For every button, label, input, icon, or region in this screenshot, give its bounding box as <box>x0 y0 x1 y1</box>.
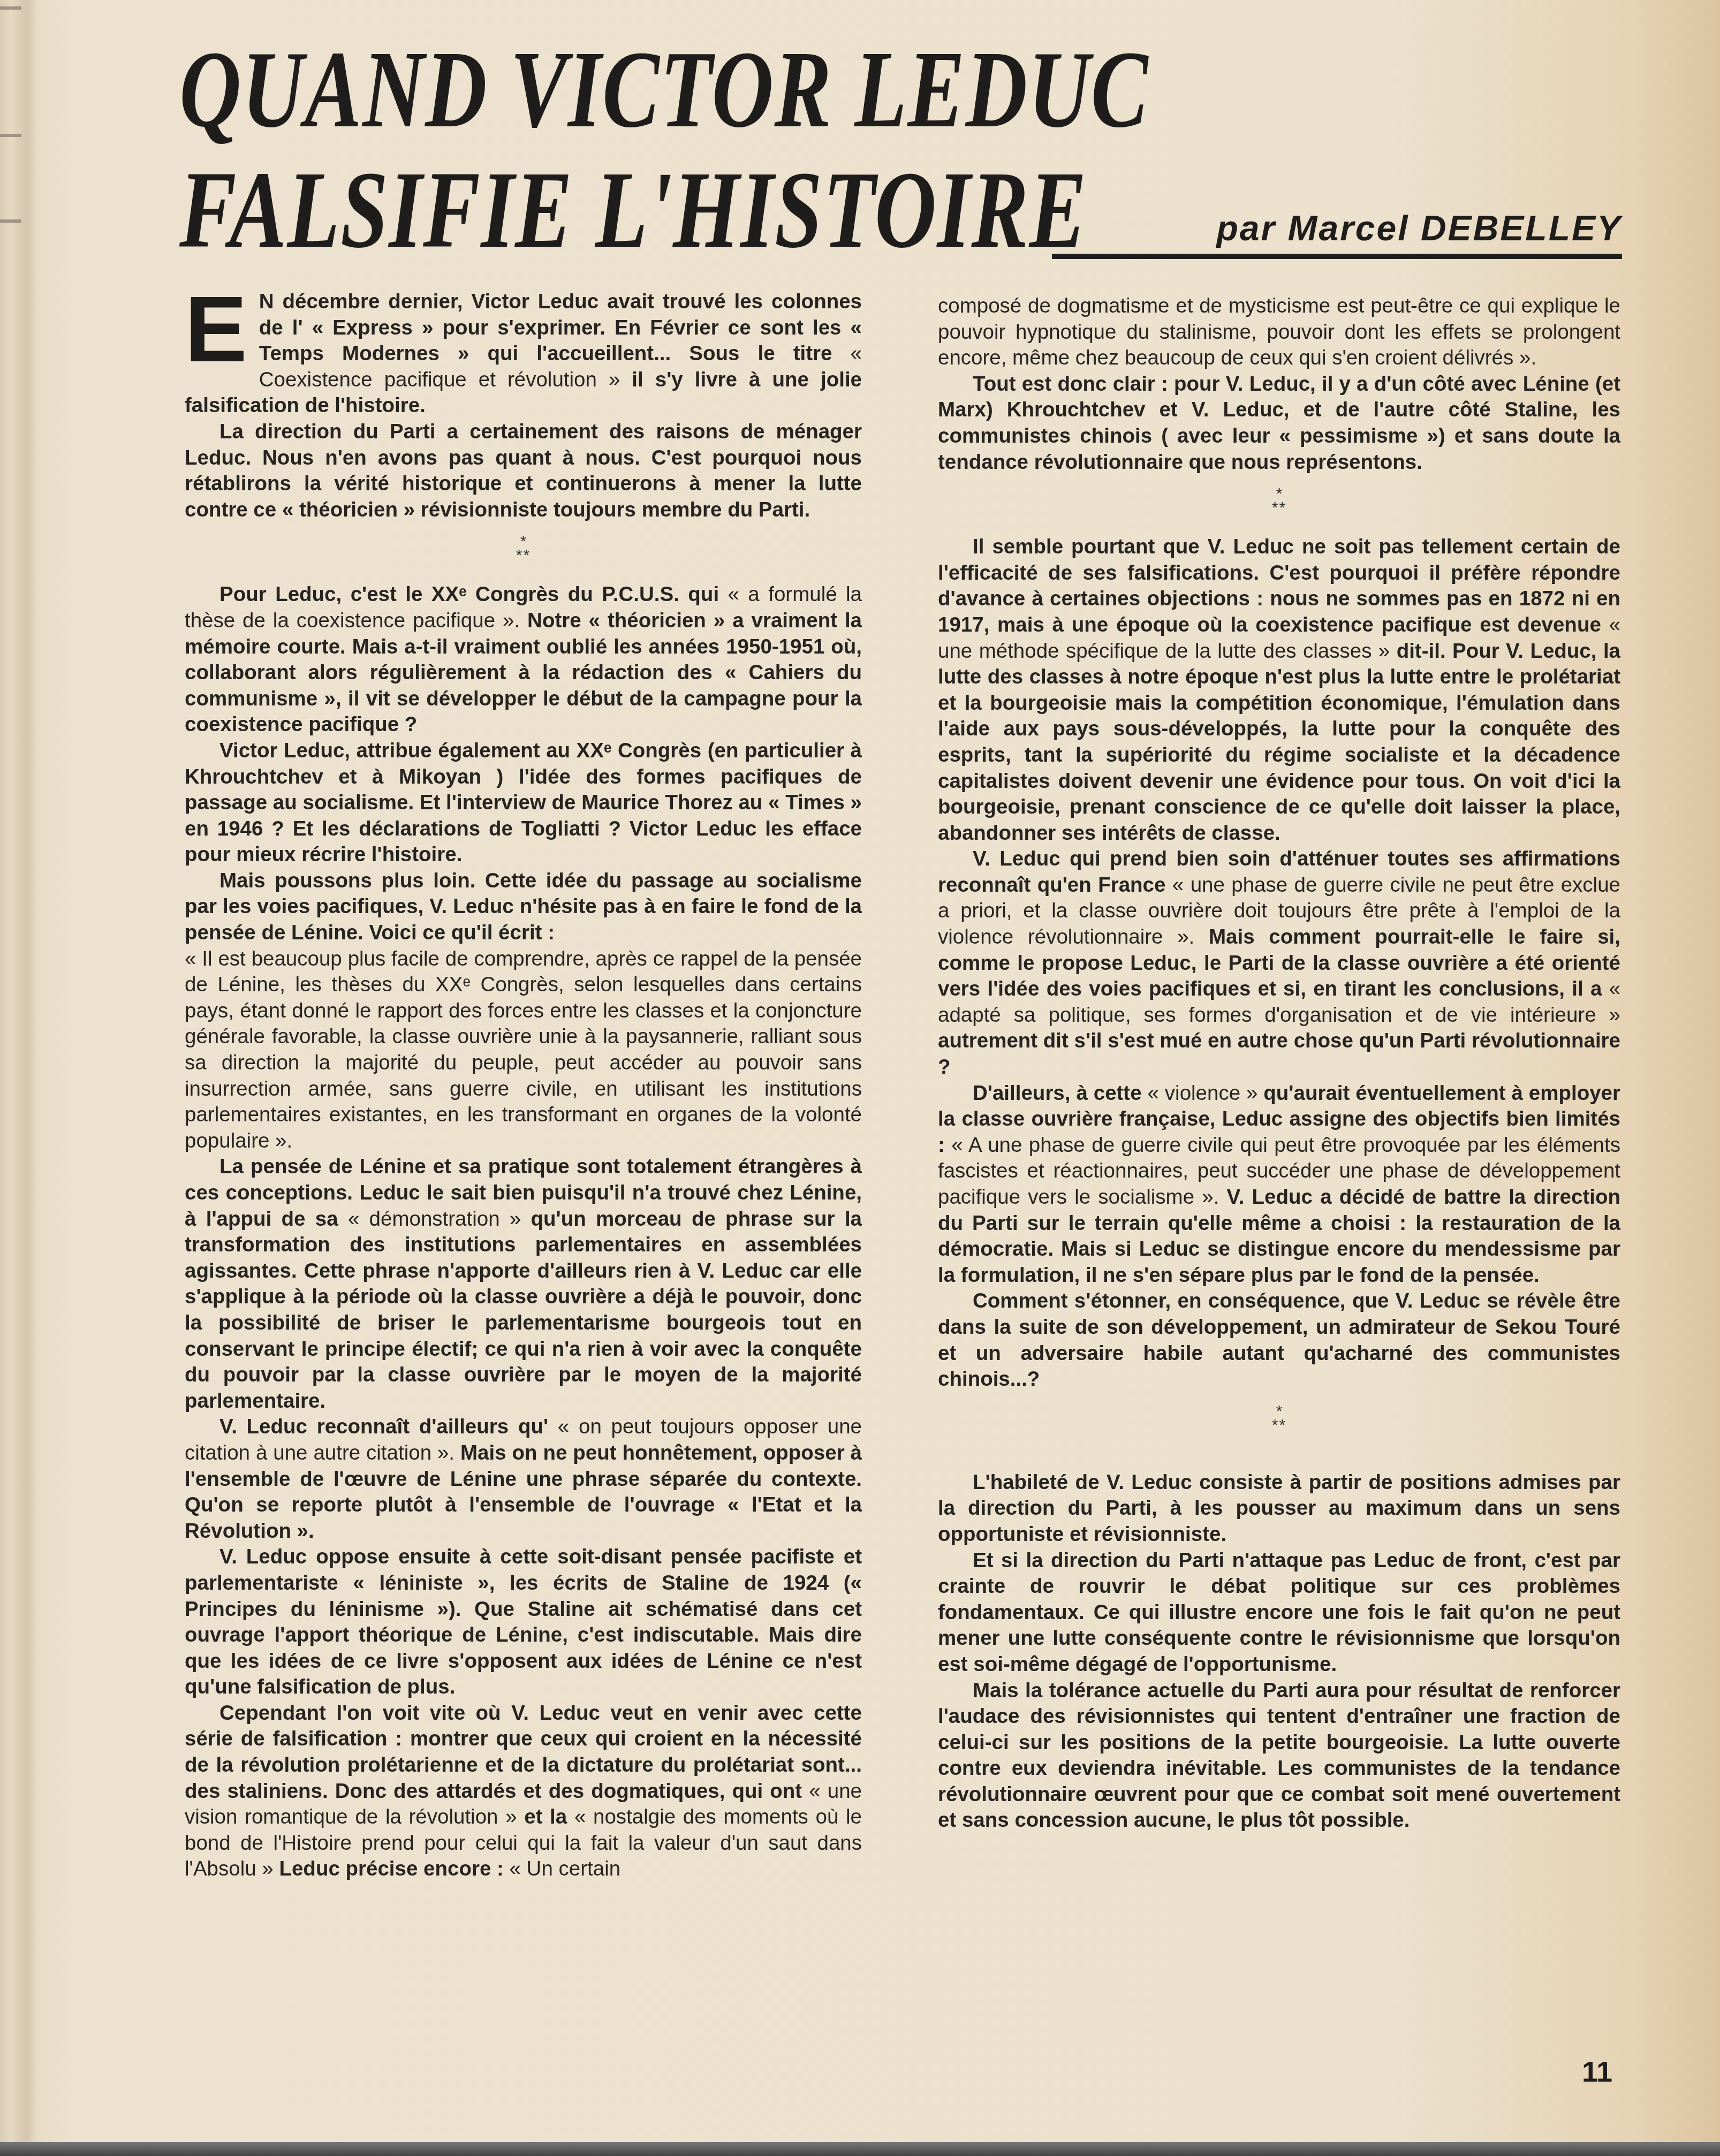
title-line-2: FALSIFIE L'HISTOIRE <box>179 150 1149 270</box>
paragraph: V. Leduc qui prend bien soin d'atténuer … <box>938 846 1620 1080</box>
left-column: EN décembre dernier, Victor Leduc avait … <box>185 289 862 1882</box>
paragraph: Mais poussons plus loin. Cette idée du p… <box>185 868 862 946</box>
article-title: QUAND VICTOR LEDUC FALSIFIE L'HISTOIRE <box>179 29 1149 270</box>
binding-mark <box>0 6 21 10</box>
paragraph: EN décembre dernier, Victor Leduc avait … <box>185 289 862 419</box>
paragraph: D'ailleurs, à cette « violence » qu'aura… <box>938 1081 1620 1289</box>
paragraph: V. Leduc reconnaît d'ailleurs qu' « on p… <box>185 1414 862 1544</box>
paragraph: Pour Leduc, c'est le XXᵉ Congrès du P.C.… <box>185 582 862 738</box>
page-bottom-edge <box>0 2142 1720 2156</box>
quote-paragraph: « Il est beaucoup plus facile de compren… <box>185 946 862 1155</box>
paragraph: Et si la direction du Parti n'attaque pa… <box>938 1548 1620 1678</box>
paragraph: Cependant l'on voit vite où V. Leduc veu… <box>185 1700 862 1882</box>
section-separator-asterism: * ** <box>938 1405 1620 1432</box>
paragraph: Tout est donc clair : pour V. Leduc, il … <box>938 371 1620 475</box>
page-number: 11 <box>1582 2055 1612 2089</box>
section-separator-asterism: * ** <box>938 487 1620 515</box>
quote-continuation: composé de dogmatisme et de mysticisme e… <box>938 293 1620 371</box>
section-separator-asterism: * ** <box>185 535 862 563</box>
paragraph: Il semble pourtant que V. Leduc ne soit … <box>938 534 1620 846</box>
paragraph: La pensée de Lénine et sa pratique sont … <box>185 1154 862 1414</box>
drop-cap: E <box>185 292 247 367</box>
binding-mark <box>0 219 21 223</box>
magazine-page: QUAND VICTOR LEDUC FALSIFIE L'HISTOIRE p… <box>0 0 1720 2156</box>
paragraph: Comment s'étonner, en conséquence, que V… <box>938 1288 1620 1392</box>
title-line-1: QUAND VICTOR LEDUC <box>179 29 1149 150</box>
right-column: composé de dogmatisme et de mysticisme e… <box>938 293 1620 1834</box>
paragraph: Victor Leduc, attribue également au XXᵉ … <box>185 738 862 868</box>
author-byline: par Marcel DEBELLEY <box>1052 208 1622 259</box>
paragraph: La direction du Parti a certainement des… <box>185 419 862 523</box>
paragraph: V. Leduc oppose ensuite à cette soit-dis… <box>185 1544 862 1700</box>
paragraph: L'habileté de V. Leduc consiste à partir… <box>938 1470 1620 1548</box>
binding-mark <box>0 134 21 137</box>
paragraph: Mais la tolérance actuelle du Parti aura… <box>938 1678 1620 1834</box>
